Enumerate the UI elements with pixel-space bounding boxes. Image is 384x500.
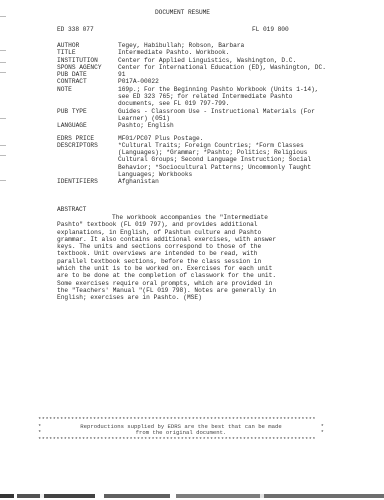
field-language: LANGUAGEPashto; English: [57, 122, 328, 129]
field-value: 169p.; For the Beginning Pashto Workbook…: [118, 86, 328, 108]
field-value: Tegey, Habibullah; Robson, Barbara: [118, 42, 328, 49]
abstract-text: The workbook accompanies the "Intermedia…: [57, 214, 277, 302]
field-institution: INSTITUTIONCenter for Applied Linguistic…: [57, 57, 328, 64]
field-label: PUB DATE: [57, 71, 118, 78]
metadata-fields: AUTHORTegey, Habibullah; Robson, Barbara…: [57, 42, 328, 186]
field-label: PUB TYPE: [57, 108, 118, 123]
field-label: CONTRACT: [57, 78, 118, 85]
field-contract: CONTRACTP017A-00022: [57, 78, 328, 85]
field-descriptors: DESCRIPTORS*Cultural Traits; Foreign Cou…: [57, 142, 328, 178]
field-label: EDRS PRICE: [57, 135, 118, 142]
field-identifiers: IDENTIFIERSAfghanistan: [57, 178, 328, 185]
scan-mark: [0, 145, 6, 146]
field-value: 91: [118, 71, 328, 78]
scan-artifact-bar: [0, 494, 384, 498]
field-label: INSTITUTION: [57, 57, 118, 64]
field-value: Center for Applied Linguistics, Washingt…: [118, 57, 328, 64]
field-edrs-price: EDRS PRICEMF01/PC07 Plus Postage.: [57, 135, 328, 142]
field-spons-agency: SPONS AGENCYCenter for International Edu…: [57, 64, 328, 71]
field-label: SPONS AGENCY: [57, 64, 118, 71]
field-label: NOTE: [57, 86, 118, 108]
field-label: IDENTIFIERS: [57, 178, 118, 185]
reproduction-notice: ****************************************…: [38, 417, 324, 443]
field-value: Pashto; English: [118, 122, 328, 129]
field-title: TITLEIntermediate Pashto. Workbook.: [57, 49, 328, 56]
fl-number: FL 019 800: [252, 26, 289, 33]
star-right: *: [321, 430, 324, 437]
document-title: DOCUMENT RESUME: [155, 9, 210, 16]
field-value: Center for International Education (ED),…: [118, 64, 328, 71]
field-value: Guides - Classroom Use - Instructional M…: [118, 108, 328, 123]
scan-mark: [0, 72, 6, 73]
scan-mark: [0, 62, 6, 63]
field-value: *Cultural Traits; Foreign Countries; *Fo…: [118, 142, 328, 178]
scan-mark: [0, 50, 6, 51]
field-pub-date: PUB DATE91: [57, 71, 328, 78]
field-note: NOTE169p.; For the Beginning Pashto Work…: [57, 86, 328, 108]
field-label: TITLE: [57, 49, 118, 56]
scan-mark: [0, 155, 6, 156]
scan-mark: [0, 16, 6, 17]
field-author: AUTHORTegey, Habibullah; Robson, Barbara: [57, 42, 328, 49]
field-value: Intermediate Pashto. Workbook.: [118, 49, 328, 56]
field-value: MF01/PC07 Plus Postage.: [118, 135, 328, 142]
field-label: LANGUAGE: [57, 122, 118, 129]
abstract-heading: ABSTRACT: [57, 206, 86, 213]
ed-number: ED 338 077: [57, 26, 94, 33]
field-label: AUTHOR: [57, 42, 118, 49]
field-value: Afghanistan: [118, 178, 328, 185]
scan-mark: [0, 180, 6, 181]
field-label: DESCRIPTORS: [57, 142, 118, 178]
scan-mark: [0, 118, 6, 119]
star-border-bottom: ****************************************…: [38, 437, 324, 444]
field-value: P017A-00022: [118, 78, 328, 85]
field-pub-type: PUB TYPEGuides - Classroom Use - Instruc…: [57, 108, 328, 123]
